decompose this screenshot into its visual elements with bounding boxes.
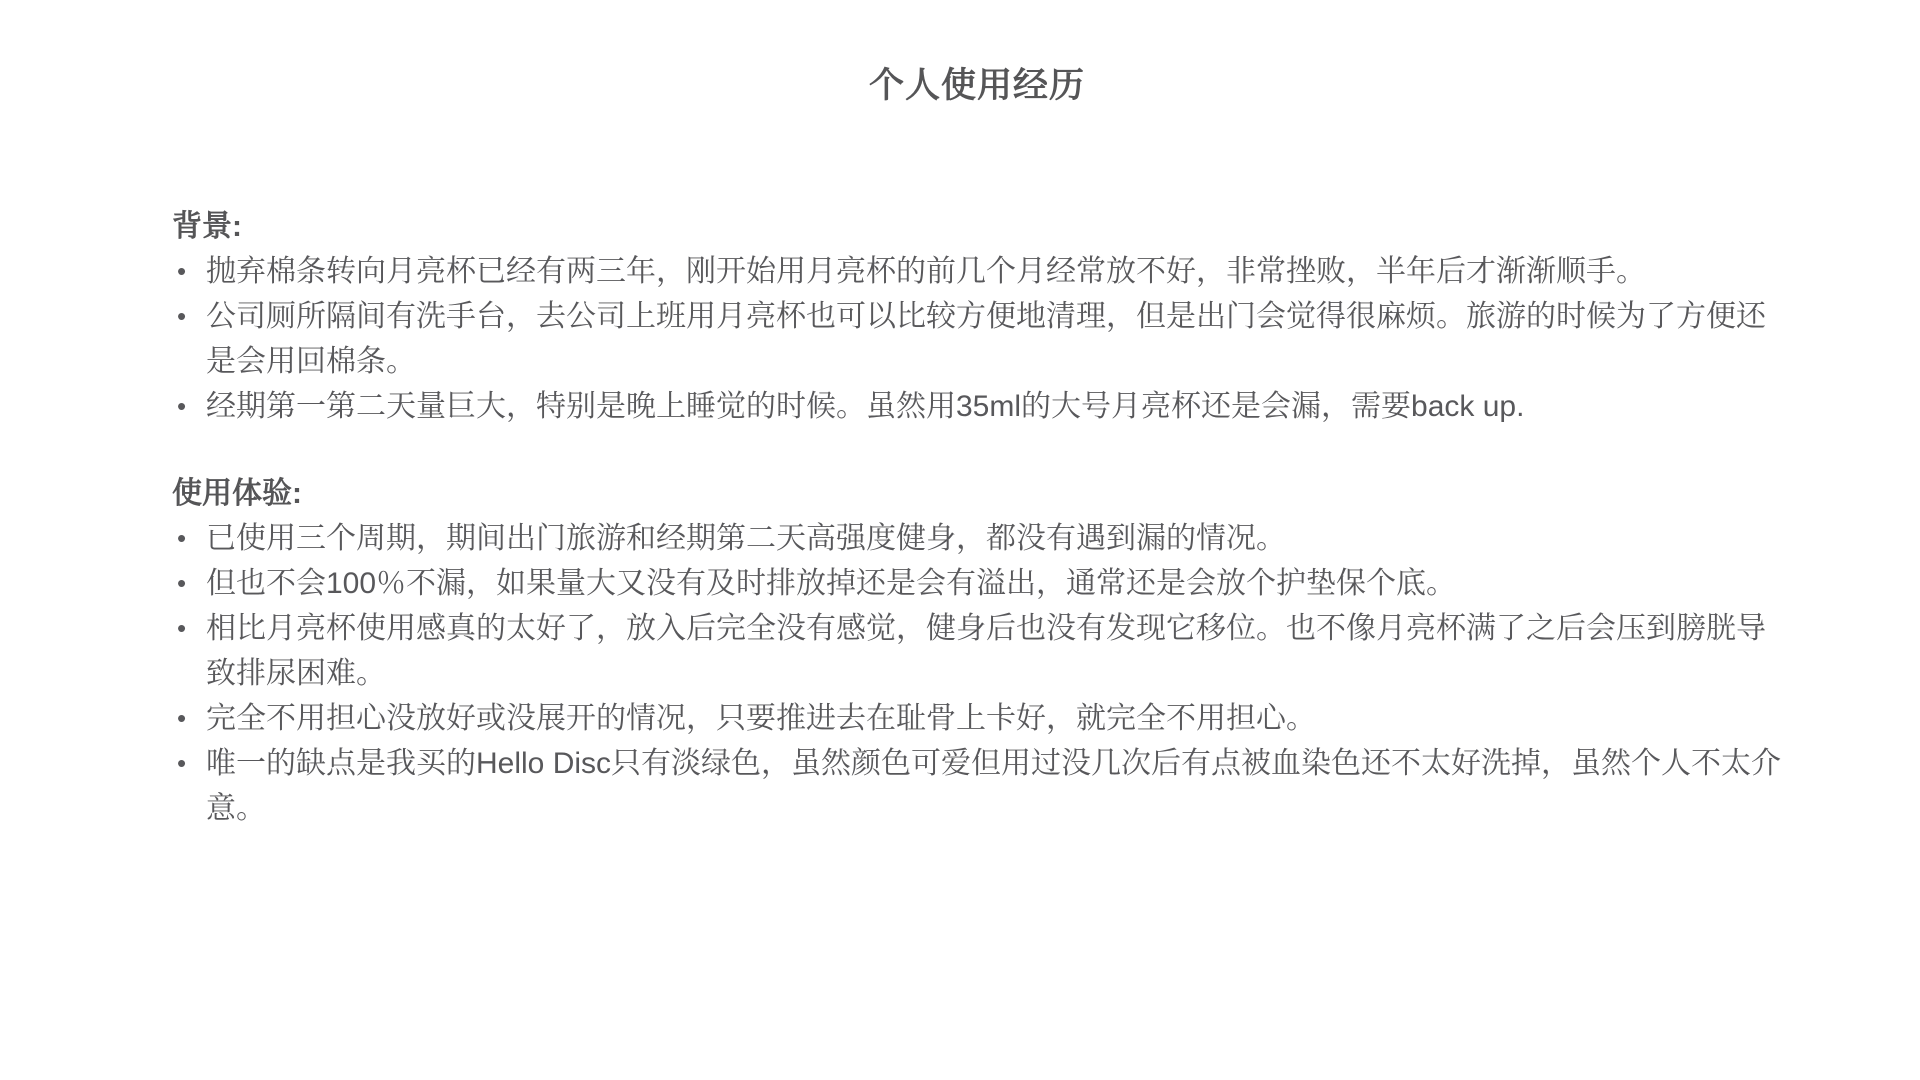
bullet-icon: • [177, 384, 186, 429]
bullet-text: 经期第一第二天量巨大，特别是晚上睡觉的时候。虽然用35ml的大号月亮杯还是会漏，… [206, 390, 1524, 423]
bullet-text: 相比月亮杯使用感真的太好了，放入后完全没有感觉，健身后也没有发现它移位。也不像月… [206, 612, 1766, 690]
section-background: 背景: • 抛弃棉条转向月亮杯已经有两三年，刚开始用月亮杯的前几个月经常放不好，… [172, 204, 1782, 429]
bullet-icon: • [177, 741, 186, 786]
list-item: • 已使用三个周期，期间出门旅游和经期第二天高强度健身，都没有遇到漏的情况。 [172, 516, 1782, 561]
section-experience: 使用体验: • 已使用三个周期，期间出门旅游和经期第二天高强度健身，都没有遇到漏… [172, 471, 1782, 831]
bullet-text: 已使用三个周期，期间出门旅游和经期第二天高强度健身，都没有遇到漏的情况。 [206, 522, 1286, 555]
bullet-text: 但也不会100％不漏，如果量大又没有及时排放掉还是会有溢出，通常还是会放个护垫保… [206, 567, 1456, 600]
list-item: • 完全不用担心没放好或没展开的情况，只要推进去在耻骨上卡好，就完全不用担心。 [172, 696, 1782, 741]
bullet-text: 完全不用担心没放好或没展开的情况，只要推进去在耻骨上卡好，就完全不用担心。 [206, 702, 1316, 735]
bullet-text: 抛弃棉条转向月亮杯已经有两三年，刚开始用月亮杯的前几个月经常放不好，非常挫败，半… [206, 255, 1646, 288]
bullet-text: 公司厕所隔间有洗手台，去公司上班用月亮杯也可以比较方便地清理，但是出门会觉得很麻… [206, 300, 1766, 378]
experience-bullet-list: • 已使用三个周期，期间出门旅游和经期第二天高强度健身，都没有遇到漏的情况。 •… [172, 516, 1782, 831]
list-item: • 但也不会100％不漏，如果量大又没有及时排放掉还是会有溢出，通常还是会放个护… [172, 561, 1782, 606]
bullet-icon: • [177, 561, 186, 606]
background-bullet-list: • 抛弃棉条转向月亮杯已经有两三年，刚开始用月亮杯的前几个月经常放不好，非常挫败… [172, 249, 1782, 429]
section-experience-heading: 使用体验: [172, 471, 1782, 516]
list-item: • 相比月亮杯使用感真的太好了，放入后完全没有感觉，健身后也没有发现它移位。也不… [172, 606, 1782, 696]
list-item: • 抛弃棉条转向月亮杯已经有两三年，刚开始用月亮杯的前几个月经常放不好，非常挫败… [172, 249, 1782, 294]
bullet-icon: • [177, 696, 186, 741]
list-item: • 经期第一第二天量巨大，特别是晚上睡觉的时候。虽然用35ml的大号月亮杯还是会… [172, 384, 1782, 429]
bullet-icon: • [177, 516, 186, 561]
bullet-icon: • [177, 249, 186, 294]
list-item: • 唯一的缺点是我买的Hello Disc只有淡绿色，虽然颜色可爱但用过没几次后… [172, 741, 1782, 831]
section-background-heading: 背景: [172, 204, 1782, 249]
page-title: 个人使用经历 [172, 62, 1782, 110]
list-item: • 公司厕所隔间有洗手台，去公司上班用月亮杯也可以比较方便地清理，但是出门会觉得… [172, 294, 1782, 384]
bullet-text: 唯一的缺点是我买的Hello Disc只有淡绿色，虽然颜色可爱但用过没几次后有点… [206, 747, 1781, 825]
bullet-icon: • [177, 606, 186, 651]
document-page: 个人使用经历 背景: • 抛弃棉条转向月亮杯已经有两三年，刚开始用月亮杯的前几个… [172, 0, 1782, 831]
bullet-icon: • [177, 294, 186, 339]
